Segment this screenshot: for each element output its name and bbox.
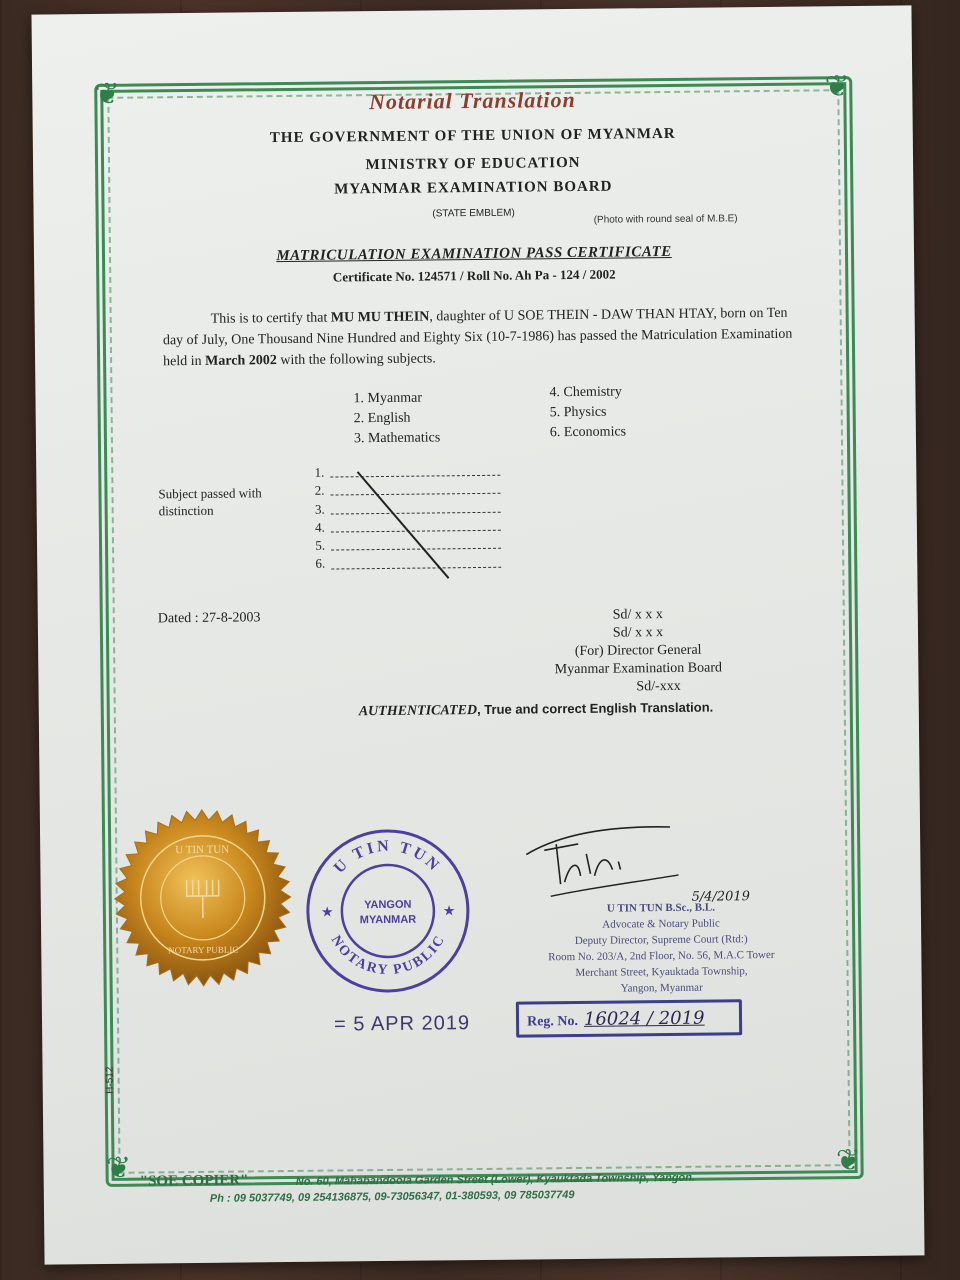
blank-line — [331, 557, 501, 569]
svg-text:U TIN TUN: U TIN TUN — [175, 844, 229, 857]
notary-line: Yangon, Myanmar — [482, 978, 842, 998]
photo-note: (Photo with round seal of M.B.E) — [594, 213, 738, 226]
signature-block: Sd/ x x x Sd/ x x x (For) Director Gener… — [508, 605, 769, 698]
reg-number: 16024 / 2019 — [584, 1008, 705, 1030]
distinction-number: 3. — [303, 500, 325, 519]
certify-tail: with the following subjects. — [277, 351, 436, 368]
date-stamp: = 5 APR 2019 — [334, 1012, 470, 1036]
state-emblem-note: (STATE EMBLEM) — [34, 203, 914, 223]
authenticated-word: AUTHENTICATED — [359, 703, 477, 719]
authentication-rest: , True and correct English Translation. — [477, 700, 713, 717]
blank-line — [331, 502, 501, 514]
subject-item: 6. Economics — [550, 422, 626, 443]
signature-line: Sd/-xxx — [508, 677, 768, 698]
reg-label: Reg. No. — [527, 1014, 578, 1030]
subject-item: 1. Myanmar — [353, 388, 440, 409]
date-stamp-mark: = — [334, 1013, 353, 1035]
distinction-row: 2. — [302, 480, 500, 500]
svg-text:★: ★ — [443, 904, 456, 919]
blank-line — [330, 466, 500, 478]
distinction-label: Subject passed with distinction — [158, 484, 298, 519]
distinction-number: 6. — [303, 555, 325, 574]
subject-item: 3. Mathematics — [354, 428, 441, 449]
notary-stamp-icon: U TIN TUN NOTARY PUBLIC ★ ★ YANGON MYANM… — [302, 825, 474, 997]
subject-item: 4. Chemistry — [549, 382, 625, 403]
distinction-number: 2. — [302, 482, 324, 501]
subject-item: 5. Physics — [550, 402, 626, 423]
blank-line — [331, 521, 501, 533]
subject-item: 2. English — [354, 408, 441, 429]
svg-text:MYANMAR: MYANMAR — [360, 914, 417, 927]
notary-details: 5/4/2019 U TIN TUN B.Sc., B.L. Advocate … — [481, 888, 842, 998]
svg-text:YANGON: YANGON — [364, 899, 411, 911]
certification-paragraph: This is to certify that MU MU THEIN, dau… — [163, 303, 804, 373]
distinction-row: 5. — [303, 535, 501, 555]
header-board: MYANMAR EXAMINATION BOARD — [33, 175, 913, 201]
distinction-number: 1. — [302, 464, 324, 483]
printer-name: "SOE COPIER" — [140, 1172, 249, 1190]
form-code: H-512 — [105, 1067, 116, 1094]
distinction-row: 6. — [303, 553, 501, 573]
authentication-line: AUTHENTICATED, True and correct English … — [359, 700, 714, 721]
notarial-translation-heading: Notarial Translation — [32, 83, 912, 118]
subjects-list-right: 4. Chemistry 5. Physics 6. Economics — [549, 382, 626, 443]
date-stamp-text: 5 APR 2019 — [353, 1012, 470, 1035]
distinction-list: 1. 2. 3. 4. 5. 6. — [302, 462, 501, 574]
exam-date: March 2002 — [205, 353, 277, 369]
blank-line — [330, 484, 500, 496]
dated-line: Dated : 27-8-2003 — [158, 610, 261, 627]
distinction-row: 1. — [302, 462, 500, 482]
svg-text:NOTARY PUBLIC: NOTARY PUBLIC — [328, 932, 449, 979]
certificate-title: MATRICULATION EXAMINATION PASS CERTIFICA… — [34, 241, 914, 267]
header-ministry: MINISTRY OF EDUCATION — [33, 151, 913, 177]
printer-phone: Ph : 09 5037749, 09 254136875, 09-730563… — [210, 1189, 575, 1205]
gold-seal-icon: U TIN TUN NOTARY PUBLIC — [112, 807, 294, 989]
svg-text:NOTARY PUBLIC: NOTARY PUBLIC — [168, 945, 238, 956]
header-government: THE GOVERNMENT OF THE UNION OF MYANMAR — [33, 123, 913, 149]
distinction-row: 3. — [303, 498, 501, 518]
registration-stamp: Reg. No.16024 / 2019 — [516, 999, 742, 1037]
distinction-number: 5. — [303, 537, 325, 556]
student-name: MU MU THEIN — [331, 309, 430, 325]
certify-lead: This is to certify that — [163, 311, 331, 328]
distinction-row: 4. — [303, 517, 501, 537]
subjects-list-left: 1. Myanmar 2. English 3. Mathematics — [353, 388, 440, 449]
distinction-number: 4. — [303, 518, 325, 537]
printer-address: No. 60, Mahabandoola Garden Street (Lowe… — [296, 1172, 695, 1188]
certificate-number: Certificate No. 124571 / Roll No. Ah Pa … — [34, 263, 914, 288]
svg-text:★: ★ — [321, 906, 334, 921]
certificate-paper: ❦ ❦ ❦ ❦ Notarial Translation THE GOVERNM… — [31, 5, 924, 1264]
